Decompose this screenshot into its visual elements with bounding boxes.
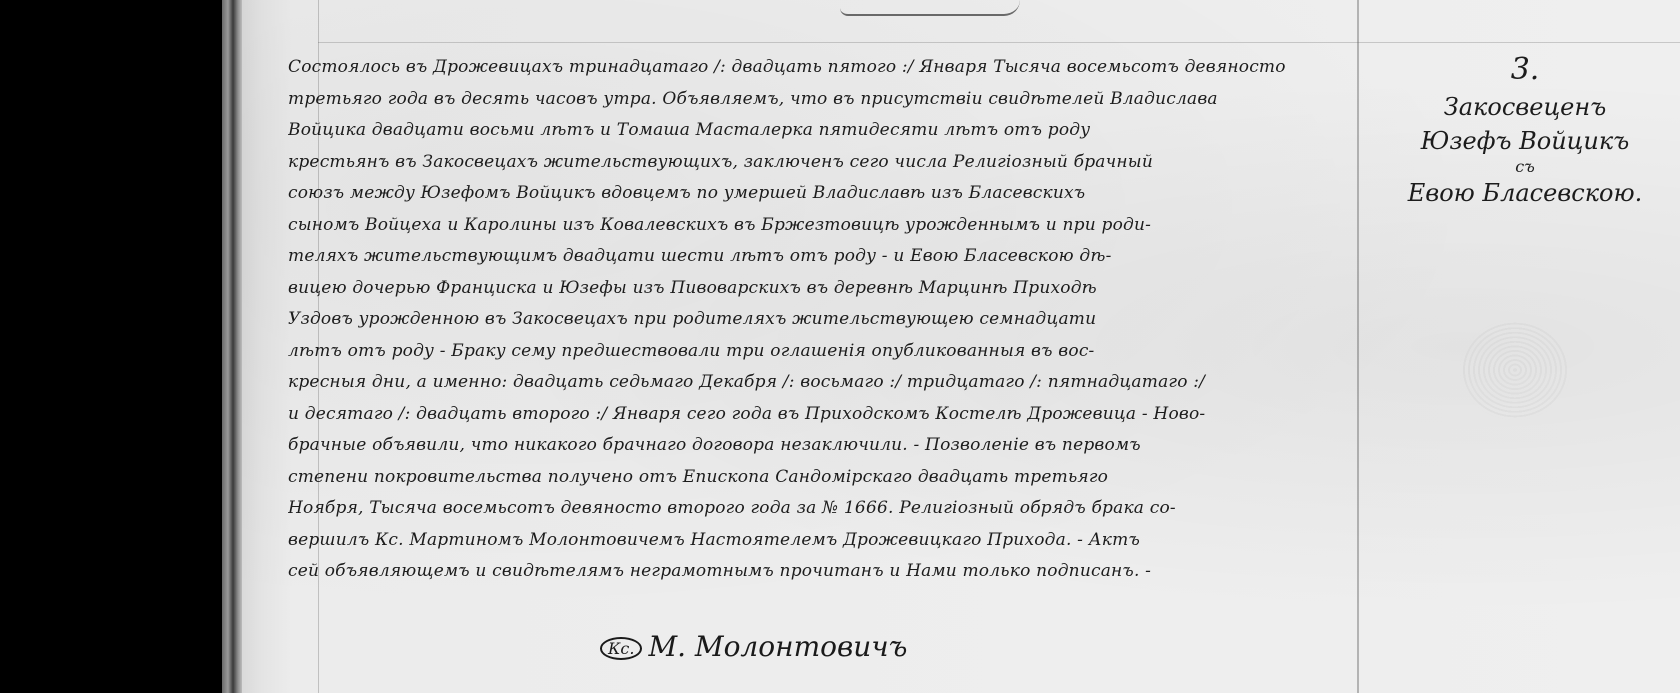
margin-conjunction: съ	[1370, 158, 1680, 176]
signature-prefix: Кс.	[600, 637, 642, 660]
record-line: вицею дочерью Франциска и Юзефы изъ Пиво…	[288, 273, 1358, 305]
record-line: вершилъ Кс. Мартиномъ Молонтовичемъ Наст…	[288, 525, 1358, 557]
record-line: союзъ между Юзефомъ Войцикъ вдовцемъ по …	[288, 178, 1358, 210]
fingerprint-smudge	[1460, 320, 1570, 420]
record-line: Уздовъ урожденною въ Закосвецахъ при род…	[288, 304, 1358, 336]
margin-groom: Юзефъ Войцикъ	[1370, 124, 1680, 158]
record-line: степени покровительства получено отъ Епи…	[288, 462, 1358, 494]
record-line: брачные объявили, что никакого брачнаго …	[288, 430, 1358, 462]
record-line: Состоялось въ Дрожевицахъ тринадцатаго /…	[288, 52, 1358, 84]
record-line: кресныя дни, а именно: двадцать седьмаго…	[288, 367, 1358, 399]
record-line: третьяго года въ десять часовъ утра. Объ…	[288, 84, 1358, 116]
record-line: Ноября, Тысяча восемьсотъ девяносто втор…	[288, 493, 1358, 525]
signature-name: М. Молонтовичъ	[648, 630, 907, 663]
scan-black-border	[0, 0, 222, 693]
priest-signature: Кс.М. Молонтовичъ	[600, 630, 907, 663]
book-spine	[222, 0, 242, 693]
record-line: теляхъ жительствующимъ двадцати шести лѣ…	[288, 241, 1358, 273]
record-line: крестьянъ въ Закосвецахъ жительствующихъ…	[288, 147, 1358, 179]
record-line: лѣтъ отъ роду - Браку сему предшествовал…	[288, 336, 1358, 368]
record-line: и десятаго /: двадцать второго :/ Января…	[288, 399, 1358, 431]
record-line: Войцика двадцати восьми лѣтъ и Томаша Ма…	[288, 115, 1358, 147]
record-number: 3.	[1370, 50, 1680, 90]
record-body: Состоялось въ Дрожевицахъ тринадцатаго /…	[288, 52, 1358, 588]
margin-village: Закосвеценъ	[1370, 90, 1680, 124]
margin-annotation: 3. Закосвеценъ Юзефъ Войцикъ съ Евою Бла…	[1370, 50, 1680, 210]
pen-stroke-decoration	[840, 0, 1020, 16]
record-line: сыномъ Войцеха и Каролины изъ Ковалевски…	[288, 210, 1358, 242]
top-rule	[318, 42, 1680, 43]
margin-bride: Евою Бласевскою.	[1370, 176, 1680, 210]
record-line: сей объявляющемъ и свидѣтелямъ неграмотн…	[288, 556, 1358, 588]
